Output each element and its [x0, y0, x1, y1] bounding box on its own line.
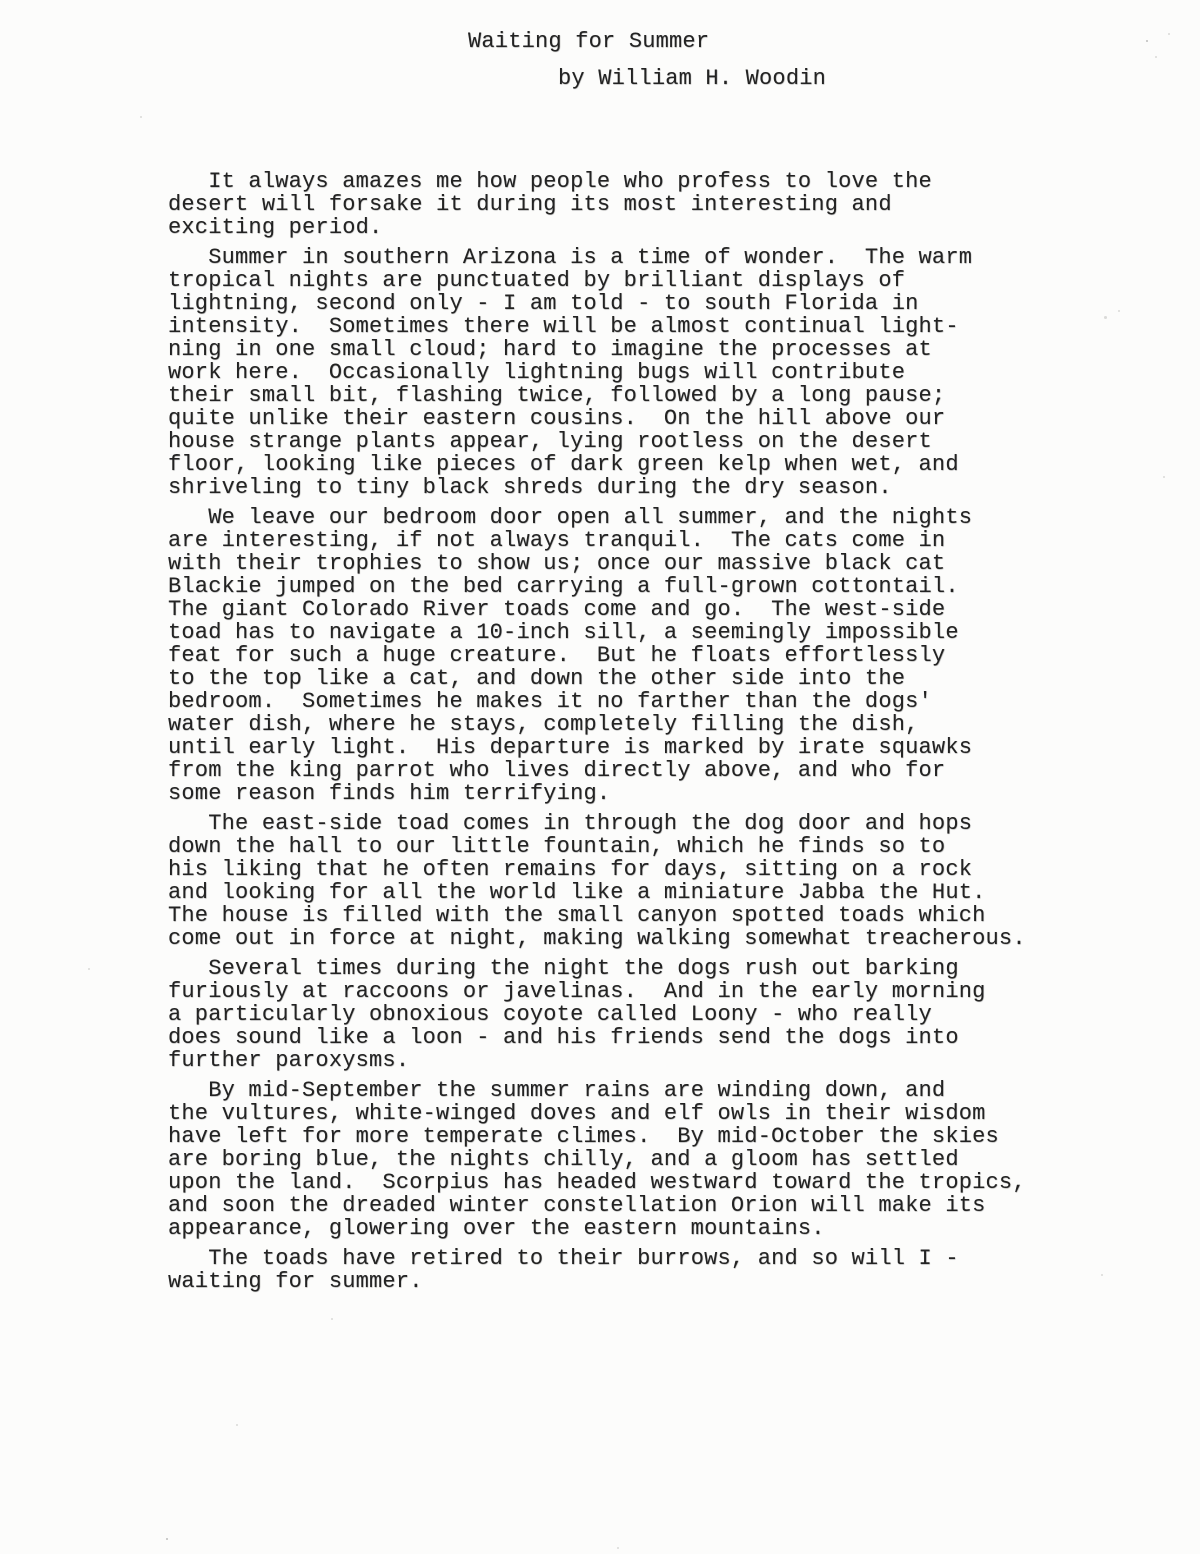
scan-speck-3 — [1168, 33, 1170, 35]
paragraph-3: We leave our bedroom door open all summe… — [168, 506, 1098, 805]
scan-speck-9 — [331, 1318, 333, 1320]
paragraph-7: The toads have retired to their burrows,… — [168, 1247, 1098, 1293]
scan-speck-4 — [140, 116, 142, 118]
paragraph-1: It always amazes me how people who profe… — [168, 170, 1098, 239]
scan-speck-1 — [1146, 40, 1148, 42]
scan-speck-12 — [166, 1538, 168, 1540]
scan-speck-7 — [1163, 476, 1165, 478]
scan-speck-6 — [1118, 310, 1120, 312]
document-page: Waiting for Summer by William H. Woodin … — [0, 0, 1200, 1554]
scan-speck-8 — [88, 968, 90, 970]
paragraph-6: By mid-September the summer rains are wi… — [168, 1079, 1098, 1240]
scan-speck-10 — [236, 1424, 238, 1426]
scan-speck-2 — [1155, 56, 1157, 58]
document-byline: by William H. Woodin — [558, 67, 1200, 90]
scan-speck-11 — [1101, 1274, 1103, 1276]
scan-speck-5 — [1104, 316, 1107, 319]
document-header: Waiting for Summer by William H. Woodin — [0, 0, 1200, 90]
paragraph-5: Several times during the night the dogs … — [168, 957, 1098, 1072]
document-title: Waiting for Summer — [468, 30, 1200, 53]
paragraph-2: Summer in southern Arizona is a time of … — [168, 246, 1098, 499]
paragraph-4: The east-side toad comes in through the … — [168, 812, 1098, 950]
scan-speck-13 — [617, 1547, 619, 1549]
document-body: It always amazes me how people who profe… — [168, 170, 1098, 1300]
